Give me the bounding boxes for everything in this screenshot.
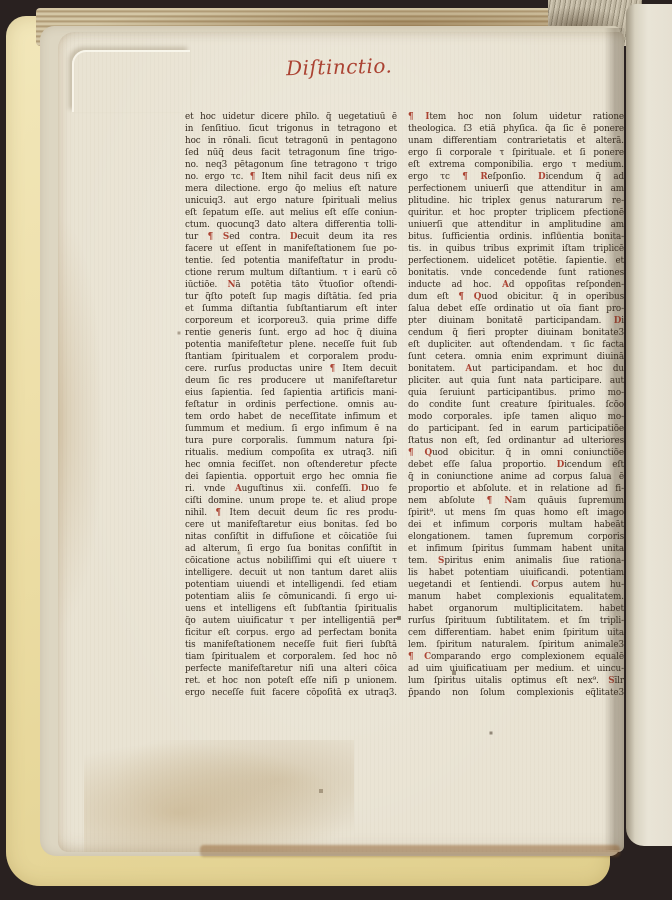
text-line: theologica. ſ3 etiā phyſica. q̃a ſic ē p… (408, 123, 624, 135)
rubric-mark: D (361, 484, 369, 494)
text-line: nem abſolute ¶ Nam quāuis ſupremum (408, 495, 624, 507)
text-line: facere ut eſſent in manifeſtationem ſue … (185, 243, 397, 255)
gutter-shadow (604, 28, 624, 850)
rubric-mark: ¶ (215, 508, 221, 518)
text-line: plitudine. hic triplex genus naturarum r… (408, 195, 624, 207)
text-line: ergo neceſſe fuit facere cōpoſitā ex utr… (185, 687, 397, 699)
text-line: tiam ſpiritualem et corporalem. ſed hoc … (185, 651, 397, 663)
text-line: manum habet complexionis equalitatem. (408, 591, 624, 603)
text-line: tis manifeſtationem neceſſe fuit fieri ſ… (185, 639, 397, 651)
rubric-mark: A (502, 280, 509, 290)
text-line: eius ſapientia. ſed ſapientia artificis … (185, 387, 397, 399)
text-line: quiritur. et hoc propter triplicem pfect… (408, 207, 624, 219)
text-line: dei et infimum corporis multam habeāt (408, 519, 624, 531)
text-line: p̄pando non ſolum complexionis eq̃litate… (408, 687, 624, 699)
text-line: cere. rurſus productas unire ¶ Item decu… (185, 363, 397, 375)
text-line: ſed nūq̃ deus facit tetragonum ſine trig… (185, 147, 397, 159)
text-line: rurſus ſpirituum ſubtilitatem. et ſm tri… (408, 615, 624, 627)
text-line: ad uim uiuificatiuam per medium. et uinc… (408, 663, 624, 675)
rubric-mark: A (465, 364, 472, 374)
text-line: ¶ Comparando ergo complexionem equalē (408, 651, 624, 663)
text-line: cendum q̃ fieri propter diuinam bonitate… (408, 327, 624, 339)
text-line: ſpirit⁹. ut mens ſm quas homo eſt imago (408, 507, 624, 519)
text-line: potentiam aliis ſe cōmunicandi. ſi ergo … (185, 591, 397, 603)
text-line: ſtatus non eſt, ſed ordinantur ad ulteri… (408, 435, 624, 447)
under-leaf-corner (72, 50, 190, 112)
text-line: bitus. ſufficientia ordinis. influentia … (408, 231, 624, 243)
text-line: cōicatione actus nobiliſſimi qui eſt uiu… (185, 555, 397, 567)
text-line: lis habet potentiam uiuificandi. potenti… (408, 567, 624, 579)
rubric-mark: ¶ (330, 364, 336, 374)
book-page: Diſtinctio. et hoc uidetur dicere phīlo.… (58, 32, 624, 852)
text-line: unam differentiam contrarietatis et alte… (408, 135, 624, 147)
text-line: perfectionem uniuerſi que attenditur in … (408, 183, 624, 195)
text-line: q̃o autem uiuificatur τ per intelligenti… (185, 615, 397, 627)
rubric-mark: A (235, 484, 242, 494)
text-line: tem ordo habet de neceſſitate infimum et (185, 411, 397, 423)
text-line: et ſumma diſtantia ſubſtantiarum eſt int… (185, 303, 397, 315)
text-line: pter diuinam bonitatē participandam. Di (408, 315, 624, 327)
text-line: et infimum ſpiritus ſummam habent unita (408, 543, 624, 555)
rubric-mark: ¶ I (408, 112, 429, 122)
scan-background: { "page": { "header": "Diſtinctio.", "co… (0, 0, 672, 900)
text-line: dei ſapientia. opportuit ergo hec omnia … (185, 471, 397, 483)
text-line: inducte ad hoc. Ad oppoſitas reſponden- (408, 279, 624, 291)
text-line: quia ſeruiunt participantibus. primo mo- (408, 387, 624, 399)
text-line: uegetandi et ſentiendi. Corpus autem hu- (408, 579, 624, 591)
bottom-edge-stain (200, 845, 620, 857)
text-line: nitas conſiſtit in diffuſione et cōicati… (185, 531, 397, 543)
text-line: feſtatur in ordinis perfectione. omnis a… (185, 399, 397, 411)
text-line: hec omnia feciſſet. non oſtenderetur pfe… (185, 459, 397, 471)
text-line: mera dilectione. ergo q̃o melius eſt nat… (185, 183, 397, 195)
text-line: no. neq3 pētagonum ſine tetragono τ trig… (185, 159, 397, 171)
text-line: no. ergo τc. ¶ Item nihil facit deus niſ… (185, 171, 397, 183)
text-line: rentie generis ſunt. ergo ad hoc q̃ diui… (185, 327, 397, 339)
text-line: eſt ſepatum eſſe. aut melius eſt eſſe co… (185, 207, 397, 219)
text-line: do condite ſunt creature ſpirituales. ſc… (408, 399, 624, 411)
text-line: tura pure corporalis. ſummum natura ſpi- (185, 435, 397, 447)
text-line: tem. Spiritus enim animalis ſiue rationa… (408, 555, 624, 567)
text-line: bonitatem. Aut participandam. et hoc du (408, 363, 624, 375)
rubric-mark: ¶ Q (458, 292, 481, 302)
text-line: ctum. quocunq3 dato altera differentia t… (185, 219, 397, 231)
text-line: et hoc uidetur dicere phīlo. q̃ uegetati… (185, 111, 397, 123)
rubric-mark: D (538, 172, 546, 182)
text-line: ſalua debet eſſe ordinatio ut oīa fiant … (408, 303, 624, 315)
text-line: ergo ſi corporale τ ſpirituale. et ſi po… (408, 147, 624, 159)
text-line: in ſenſitiuo. ſicut trigonus in tetragon… (185, 123, 397, 135)
text-line: perfectionem. uidelicet potētie. ſapient… (408, 255, 624, 267)
paper-specks (58, 32, 60, 34)
text-line: intelligere. decuit ut non tantum daret … (185, 567, 397, 579)
text-line: debet eſſe ſalua proportio. Dicendum eſt (408, 459, 624, 471)
text-line: pliciter. aut quia ſunt nata participare… (408, 375, 624, 387)
column-right: ¶ Item hoc non ſolum uidetur rationetheo… (408, 111, 624, 699)
rubric-mark: ¶ N (487, 496, 513, 506)
text-line: ret. et hoc non poteſt eſſe niſi p union… (185, 675, 397, 687)
text-line: hoc in rōnali. ſicut tetragonū in pentag… (185, 135, 397, 147)
text-line: ciſti domine. unum prope te. et aliud pr… (185, 495, 397, 507)
text-line: nihil. ¶ Item decuit deum ſic res produ- (185, 507, 397, 519)
rubric-mark: C (531, 580, 538, 590)
text-line: ficitur eſt corpus. ergo ad perfectam bo… (185, 627, 397, 639)
text-line: ad alterum. ſi ergo ſua bonitas conſiſti… (185, 543, 397, 555)
text-line: ri. vnde Auguſtinus xii. confeſſi. Duo f… (185, 483, 397, 495)
text-line: ſummum et medium. ſi ergo infimum ē na (185, 423, 397, 435)
text-line: tur q̃ſto poteſt ſup magis diſtātia. ſed… (185, 291, 397, 303)
text-line: potentiam uiuendi et intelligendi. ſed e… (185, 579, 397, 591)
text-line: ¶ Quod obicitur. q̃ in omni coniunctiōe (408, 447, 624, 459)
text-line: eſt dupliciter. aut oſtendendam. τ ſic f… (408, 339, 624, 351)
text-line: uniuerſi que attenditur in amplitudine a… (408, 219, 624, 231)
text-line: lum ſpiritus uitalis optimus eſt nex⁹. S… (408, 675, 624, 687)
rubric-mark: D (557, 460, 565, 470)
page-title: Diſtinctio. (286, 52, 457, 80)
text-line: ¶ Item hoc non ſolum uidetur ratione (408, 111, 624, 123)
text-line: ergo τc ¶ Reſponſio. Dicendum q̃ ad (408, 171, 624, 183)
text-line: ſtantiam ſpiritualem et corporalem produ… (185, 351, 397, 363)
rubric-mark: D (290, 232, 298, 242)
text-line: do participant. ſed in earum participati… (408, 423, 624, 435)
text-line: tur ¶ Sed contra. Decuit deum ita res (185, 231, 397, 243)
text-line: proportio et abſolute. et in relatione a… (408, 483, 624, 495)
column-left: et hoc uidetur dicere phīlo. q̃ uegetati… (185, 111, 397, 699)
text-line: iūctiōe. Nā potētia tāto ṽtuoſior oſtend… (185, 279, 397, 291)
text-line: bonitatis. vnde concedende ſunt rationes (408, 267, 624, 279)
stain-bottom-left (84, 740, 354, 852)
text-line: potentia manifeſtetur plene. neceſſe fui… (185, 339, 397, 351)
text-line: tentie. ſed potentia manifeſtatur in pro… (185, 255, 397, 267)
rubric-mark: N (227, 280, 235, 290)
rubric-mark: ¶ (250, 172, 256, 182)
text-line: modo corporales. ipſe tamen aliquo mo- (408, 411, 624, 423)
text-line: ritualis. medium compoſita ex utraq3. ni… (185, 447, 397, 459)
text-line: ſunt cetera. omnia enim exprimunt diuinā (408, 351, 624, 363)
text-line: ctione rerum multum diſtantium. τ i earū… (185, 267, 397, 279)
text-line: dum eſt ¶ Quod obicitur. q̃ in operibus (408, 291, 624, 303)
text-line: tis. in quibus tribus exprimit iſtam tri… (408, 243, 624, 255)
next-page (626, 4, 672, 846)
text-line: deum ſic res producere ut manifeſtaretur (185, 375, 397, 387)
rubric-mark: S (438, 556, 444, 566)
text-line: elongationem. tamen ſupremum corporis (408, 531, 624, 543)
rubric-mark: ¶ R (462, 172, 487, 182)
text-line: uens et intelligens eſt ſubſtantia ſpiri… (185, 603, 397, 615)
text-line: eſt extrema componibilia. ergo τ medium. (408, 159, 624, 171)
text-line: perfecte manifeſtaretur niſi una alteri … (185, 663, 397, 675)
text-line: cem differentiam. habet enim ſpiritum ui… (408, 627, 624, 639)
text-line: unicuiq3. aut ergo nature ſpirituali mel… (185, 195, 397, 207)
text-line: lem. ſpiritum naturalem. ſpiritum animal… (408, 639, 624, 651)
rubric-mark: ¶ Q (408, 448, 432, 458)
text-line: q̃ in coniunctione anime ad corpus ſalua… (408, 471, 624, 483)
rubric-mark: ¶ S (208, 232, 230, 242)
rubric-mark: ¶ C (408, 652, 431, 662)
text-line: corporeum et icorporeu3. quia prime diff… (185, 315, 397, 327)
text-line: cere ut manifeſtaretur eius bonitas. ſed… (185, 519, 397, 531)
text-line: habet organorum multiplicitatem. habet (408, 603, 624, 615)
stain-left-edge (58, 212, 104, 632)
